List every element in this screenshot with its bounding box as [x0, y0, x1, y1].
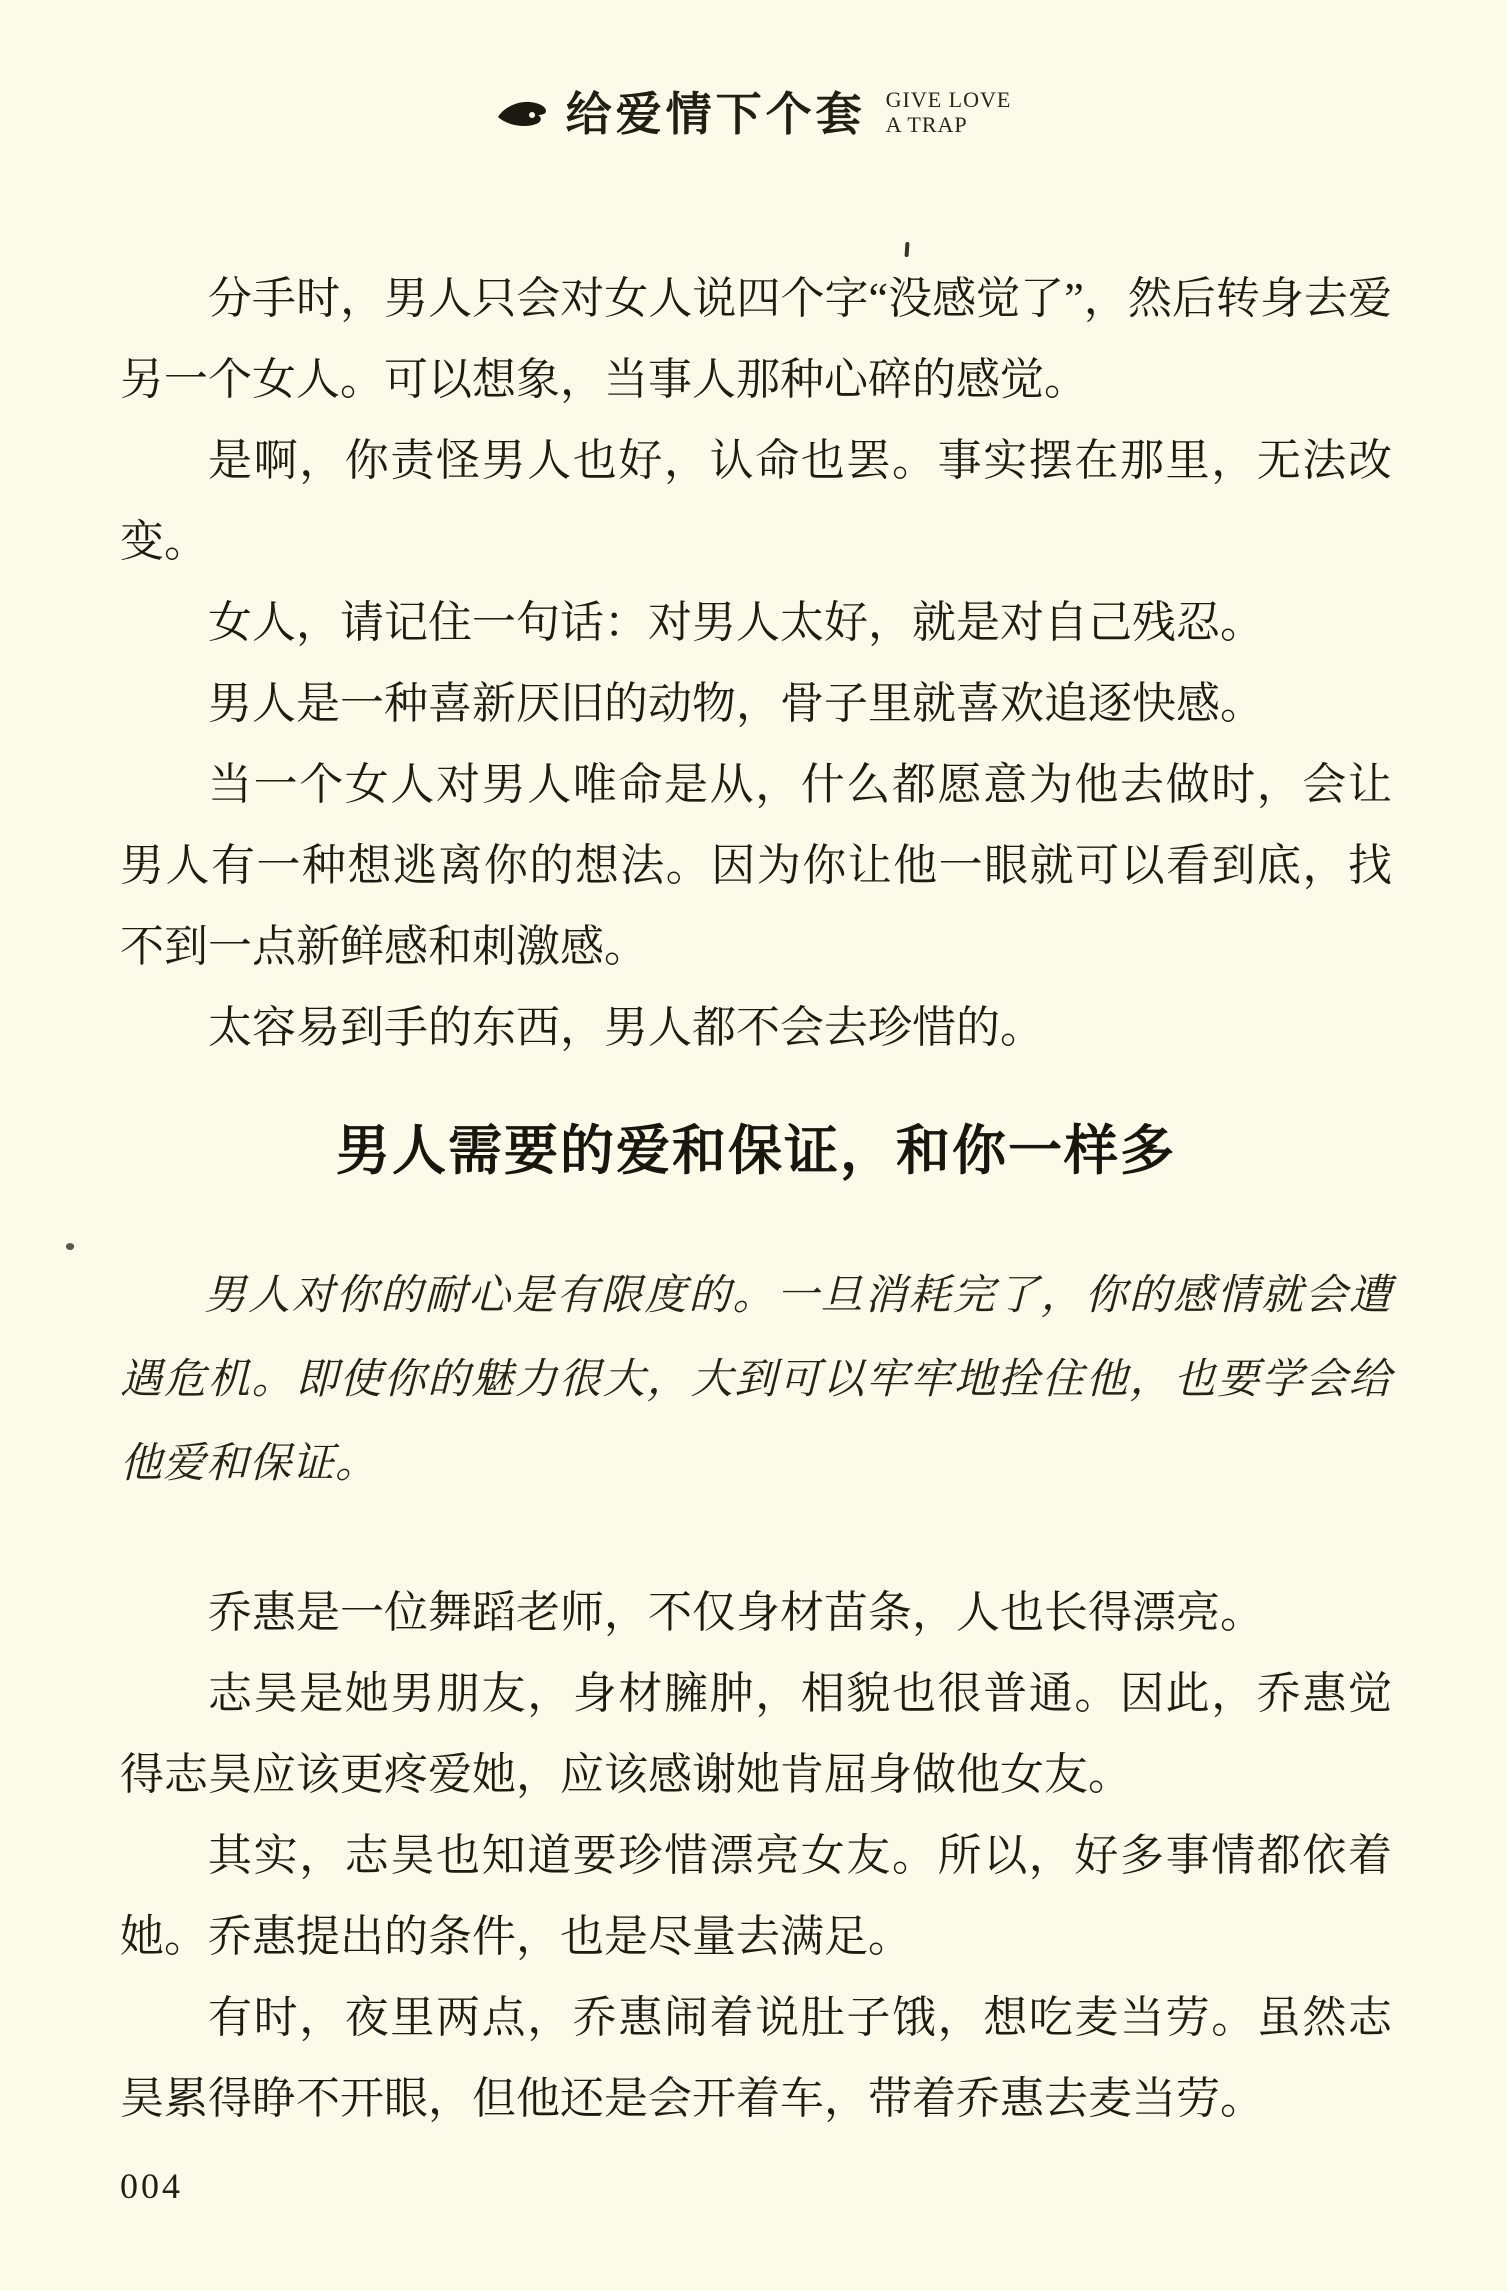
- page-body: 分手时，男人只会对女人说四个字“没感觉了”，然后转身去爱另一个女人。可以想象，当…: [120, 258, 1392, 2139]
- paragraph-qiaohui: 乔惠是一位舞蹈老师，不仅身材苗条，人也长得漂亮。: [120, 1572, 1392, 1653]
- section-heading: 男人需要的爱和保证，和你一样多: [120, 1120, 1392, 1182]
- book-title-english: GIVE LOVE A TRAP: [886, 87, 1012, 137]
- paragraph-mcdonalds: 有时，夜里两点，乔惠闹着说肚子饿，想吃麦当劳。虽然志昊累得睁不开眼，但他还是会开…: [120, 1977, 1392, 2139]
- paragraph-obedience: 当一个女人对男人唯命是从，什么都愿意为他去做时，会让男人有一种想逃离你的想法。因…: [120, 744, 1392, 987]
- scan-speck: [65, 1242, 75, 1251]
- paragraph-cherish: 太容易到手的东西，男人都不会去珍惜的。: [120, 987, 1392, 1068]
- paragraph-remember: 女人，请记住一句话：对男人太好，就是对自己残忍。: [120, 582, 1392, 663]
- page-number: 004: [120, 2165, 183, 2207]
- book-page: 给爱情下个套 GIVE LOVE A TRAP 分手时，男人只会对女人说四个字“…: [0, 0, 1507, 2291]
- spacer: [120, 1506, 1392, 1572]
- section-intro-paragraph: 男人对你的耐心是有限度的。一旦消耗完了，你的感情就会遭遇危机。即使你的魅力很大，…: [120, 1254, 1392, 1506]
- page-header: 给爱情下个套 GIVE LOVE A TRAP: [0, 78, 1507, 144]
- paragraph-breakup: 分手时，男人只会对女人说四个字“没感觉了”，然后转身去爱另一个女人。可以想象，当…: [120, 258, 1392, 420]
- scan-speck: [904, 242, 909, 257]
- paragraph-animal: 男人是一种喜新厌旧的动物，骨子里就喜欢追逐快感。: [120, 663, 1392, 744]
- paragraph-zhihao: 志昊是她男朋友，身材臃肿，相貌也很普通。因此，乔惠觉得志昊应该更疼爱她，应该感谢…: [120, 1653, 1392, 1815]
- paragraph-blame: 是啊，你责怪男人也好，认命也罢。事实摆在那里，无法改变。: [120, 420, 1392, 582]
- book-title-english-line2: A TRAP: [886, 112, 1012, 137]
- book-title-chinese: 给爱情下个套: [566, 78, 866, 144]
- leaf-icon: [496, 98, 548, 132]
- book-title-english-line1: GIVE LOVE: [886, 87, 1012, 112]
- paragraph-actually: 其实，志昊也知道要珍惜漂亮女友。所以，好多事情都依着她。乔惠提出的条件，也是尽量…: [120, 1815, 1392, 1977]
